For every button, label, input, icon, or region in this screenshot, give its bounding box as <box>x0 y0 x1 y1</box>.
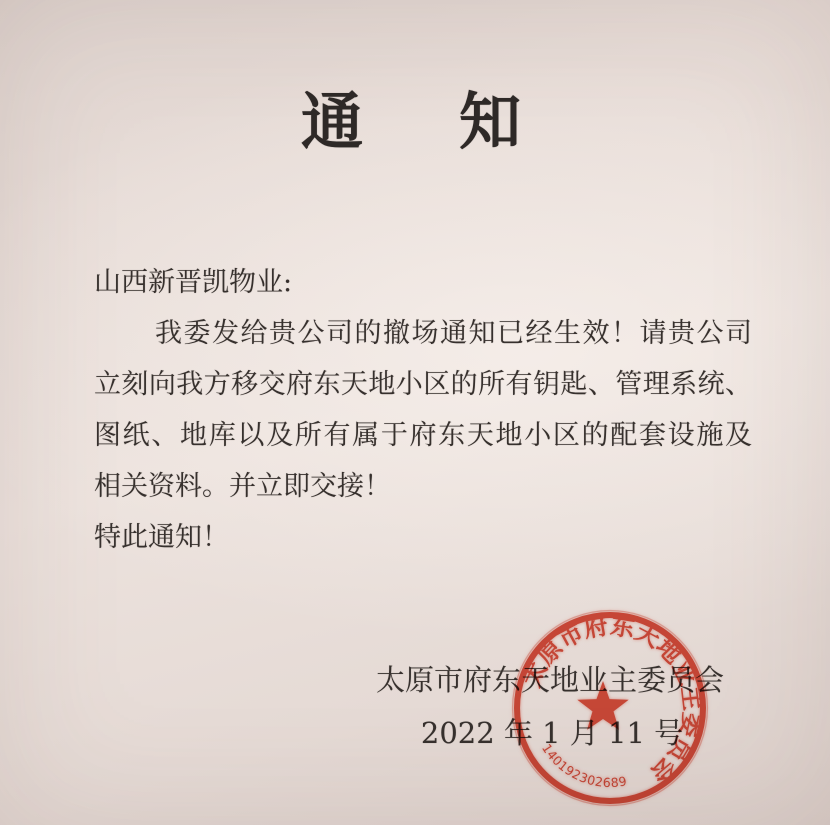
body-line-4: 相关资料。并立即交接！ <box>94 461 752 512</box>
document-page: 通 知 山西新晋凯物业: 我委发给贵公司的撤场通知已经生效！请贵公司 立刻向我方… <box>0 0 830 825</box>
notice-body: 山西新晋凯物业: 我委发给贵公司的撤场通知已经生效！请贵公司 立刻向我方移交府东… <box>94 257 752 563</box>
body-line-2: 立刻向我方移交府东天地小区的所有钥匙、管理系统、 <box>94 359 752 410</box>
body-line-3: 图纸、地库以及所有属于府东天地小区的配套设施及 <box>94 410 752 461</box>
greeting: 山西新晋凯物业: <box>94 257 752 308</box>
body-line-1: 我委发给贵公司的撤场通知已经生效！请贵公司 <box>94 308 752 359</box>
notice-title: 通 知 <box>301 72 538 161</box>
star-icon <box>577 681 628 730</box>
closing-phrase: 特此通知！ <box>94 512 752 563</box>
official-seal: 太原市府东天地业主委员会 1401923026897 <box>505 600 715 818</box>
